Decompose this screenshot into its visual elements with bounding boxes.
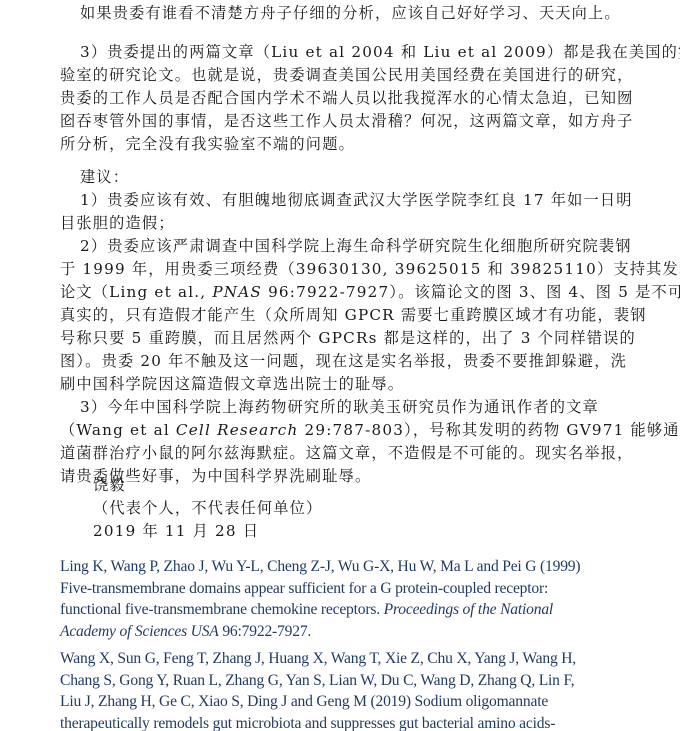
reference-line: Ling K, Wang P, Zhao J, Wu Y-L, Cheng Z-… <box>60 556 630 578</box>
reference-line: Chang S, Gong Y, Ruan L, Zhang G, Yan S,… <box>60 670 630 692</box>
journal-name: Proceedings of the National <box>384 601 553 618</box>
point-3-paragraph: 3）贵委提出的两篇文章（Liu et al 2004 和 Liu et al 2… <box>60 41 630 156</box>
point-3-line: 验室的研究论文。也就是说，贵委调查美国公民用美国经费在美国进行的研究， <box>60 64 630 87</box>
suggestions-heading: 建议： <box>60 166 630 189</box>
journal-name: Cell Research <box>176 421 299 439</box>
reference-line: therapeutically remodels gut microbiota … <box>60 713 630 731</box>
suggestion-3-line: 3）今年中国科学院上海药物研究所的耿美玉研究员作为通讯作者的文章 <box>60 396 630 419</box>
signature-date: 2019 年 11 月 28 日 <box>93 520 663 543</box>
suggestion-2-line: 真实的，只有造假才能产生（众所周知 GPCR 需要七重跨膜区域才有功能，裴钢 <box>60 304 630 327</box>
text-run: 96:7922-7927）。该篇论文的图 3、图 4、图 5 是不可能 <box>262 283 680 301</box>
signature-note: （代表个人，不代表任何单位） <box>93 497 663 520</box>
point-3-line: 囵吞枣管外国的事情，是否这些工作人员太滑稽？何况，这两篇文章，如方舟子 <box>60 110 630 133</box>
point-3-line: 贵委的工作人员是否配合国内学术不端人员以批我搅浑水的心情太急迫，已知囫 <box>60 87 630 110</box>
reference-line: Academy of Sciences USA 96:7922-7927. <box>60 621 630 643</box>
point-3-line: 3）贵委提出的两篇文章（Liu et al 2004 和 Liu et al 2… <box>60 41 630 64</box>
reference-1: Ling K, Wang P, Zhao J, Wu Y-L, Cheng Z-… <box>60 556 630 642</box>
suggestion-2-line: 号称只要 5 重跨膜，而且居然两个 GPCRs 都是这样的，出了 3 个同样错误… <box>60 327 630 350</box>
intro-line: 如果贵委有谁看不清楚方舟子仔细的分析，应该自己好好学习、天天向上。 <box>80 2 650 25</box>
text-run: 论文（Ling et al., <box>60 283 212 301</box>
journal-name: PNAS <box>212 283 262 301</box>
suggestion-2-line: 刷中国科学院因这篇造假文章选出院士的耻辱。 <box>60 373 630 396</box>
journal-name: Academy of Sciences USA <box>60 623 219 640</box>
text-run: 29:787-803），号称其发明的药物 GV971 能够通过肠 <box>298 421 680 439</box>
suggestion-2-line: 于 1999 年，用贵委三项经费（39630130, 39625015 和 39… <box>60 258 630 281</box>
suggestion-2-line: 2）贵委应该严肃调查中国科学院上海生命科学研究院生化细胞所研究院裴钢 <box>60 235 630 258</box>
suggestion-3-line: 道菌群治疗小鼠的阿尔兹海默症。这篇文章，不造假是不可能的。现实名举报， <box>60 442 630 465</box>
text-run: （Wang et al <box>60 421 176 439</box>
suggestion-2-line: 论文（Ling et al., PNAS 96:7922-7927）。该篇论文的… <box>60 281 630 304</box>
reference-line: Wang X, Sun G, Feng T, Zhang J, Huang X,… <box>60 648 630 670</box>
text-run: 96:7922-7927. <box>219 623 312 640</box>
reference-line: functional five-transmembrane chemokine … <box>60 599 630 621</box>
suggestions-section: 建议： 1）贵委应该有效、有胆魄地彻底调查武汉大学医学院李红良 17 年如一日明… <box>60 166 630 488</box>
signature-block: 饶毅 （代表个人，不代表任何单位） 2019 年 11 月 28 日 <box>93 474 663 543</box>
suggestion-1-line: 目张胆的造假； <box>60 212 630 235</box>
intro-paragraph: 如果贵委有谁看不清楚方舟子仔细的分析，应该自己好好学习、天天向上。 <box>80 2 650 25</box>
suggestion-1-line: 1）贵委应该有效、有胆魄地彻底调查武汉大学医学院李红良 17 年如一日明 <box>60 189 630 212</box>
point-3-line: 所分析，完全没有我实验室不端的问题。 <box>60 133 630 156</box>
reference-2: Wang X, Sun G, Feng T, Zhang J, Huang X,… <box>60 648 630 731</box>
reference-line: Liu J, Zhang H, Ge C, Xiao S, Ding J and… <box>60 691 630 713</box>
suggestion-3-line: （Wang et al Cell Research 29:787-803），号称… <box>60 419 630 442</box>
text-run: functional five-transmembrane chemokine … <box>60 601 384 618</box>
signature-name: 饶毅 <box>93 474 663 497</box>
reference-line: Five-transmembrane domains appear suffic… <box>60 578 630 600</box>
suggestion-2-line: 图）。贵委 20 年不触及这一问题，现在这是实名举报，贵委不要推卸躲避，洗 <box>60 350 630 373</box>
